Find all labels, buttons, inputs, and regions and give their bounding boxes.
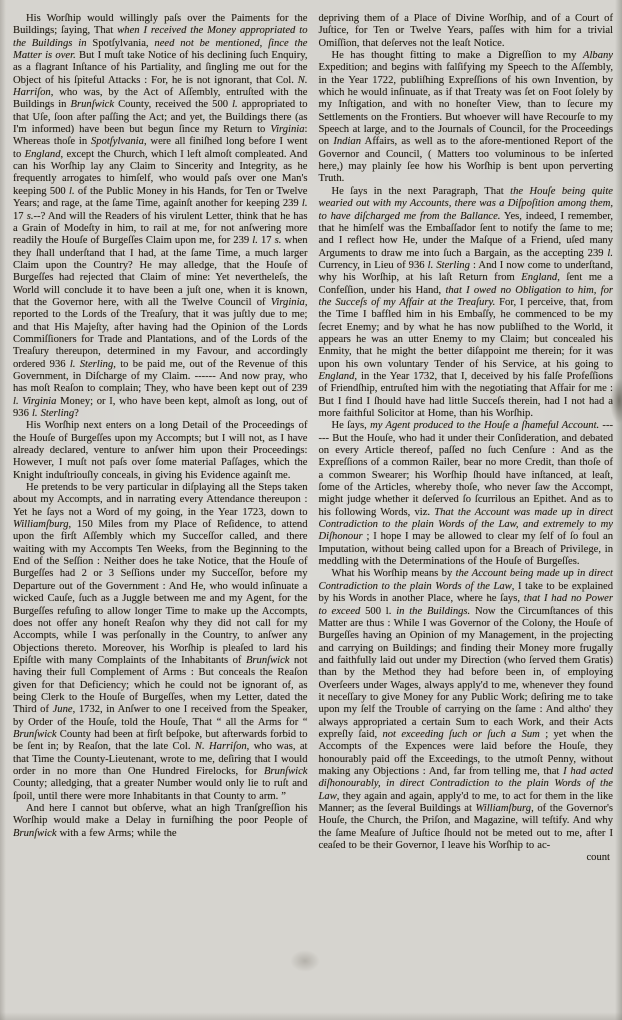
italic-text-segment: l. Virginia [13,396,56,407]
text-columns: His Worſhip would willingly paſs over th… [0,0,622,865]
text-segment: Expedition; and begins with falſifying m… [319,62,614,147]
paragraph: His Worſhip next enters on a long Detail… [13,420,308,482]
italic-text-segment: Williamſburg [13,519,69,530]
text-segment: He ſays, [332,420,371,431]
text-segment: 17 [13,211,27,222]
text-segment: ? [74,408,79,419]
italic-text-segment: l. Sterling [70,359,113,370]
italic-text-segment: England [25,149,61,160]
text-segment: He pretends to be very particular in diſ… [13,482,308,518]
italic-text-segment: Brunſwick [246,655,290,666]
italic-text-segment: l. [302,198,308,209]
paragraph: He ſays, my Agent produced to the Houſe … [319,420,614,568]
text-segment: 500 l. [360,606,396,617]
italic-text-segment: in the Buildings. [396,606,470,617]
text-segment: depriving them of a Place of Divine Worſ… [319,13,614,49]
text-segment: , in the Year 1732, that I, deceived by … [319,371,614,419]
italic-text-segment: England [521,272,557,283]
paragraph: His Worſhip would willingly paſs over th… [13,13,308,420]
italic-text-segment: Brunſwick [13,729,57,740]
left-column: His Worſhip would willingly paſs over th… [13,13,308,865]
italic-text-segment: Virginia [270,124,304,135]
text-segment: Spotſylvania [92,38,146,49]
text-segment: County; alledging, that a greater Number… [13,778,308,801]
italic-text-segment: England [319,371,355,382]
italic-text-segment: Virginia [271,297,305,308]
italic-text-segment: Brunſwick [264,766,308,777]
italic-text-segment: Albany [583,50,613,61]
text-segment: Currency, in Lieu of 936 [319,260,428,271]
catchword: count [319,852,614,864]
text-segment: He has thought fitting to make a Digreſſ… [332,50,583,61]
italic-text-segment: my Agent produced to the Houſe a ſhamefu… [370,420,599,431]
pamphlet-page: His Worſhip would willingly paſs over th… [0,0,622,1020]
text-segment: What his Worſhip means by [332,568,456,579]
text-segment: And here I cannot but obſerve, what an h… [13,803,308,826]
paragraph: depriving them of a Place of Divine Worſ… [319,13,614,50]
italic-text-segment: N. Harriſon [195,741,247,752]
text-segment: Affairs, as well as to the afore-mention… [319,136,614,184]
text-segment: ------ But the Houſe, who had it under t… [319,420,614,517]
right-column-text: depriving them of a Place of Divine Worſ… [319,13,614,852]
paragraph: He ſays in the next Paragraph, That the … [319,186,614,421]
text-segment: County, received the 500 [114,99,232,110]
italic-text-segment: l. [607,248,613,259]
text-segment: , 150 Miles from my Place of Reſidence, … [13,519,308,666]
italic-text-segment: l. Sterling [428,260,470,271]
italic-text-segment: Spotſylvania [91,136,144,147]
text-segment: with a few Arms; while the [57,828,177,839]
italic-text-segment: Brunſwick [13,828,57,839]
italic-text-segment: June [53,704,73,715]
text-segment: Now the Circumſtances of this Matter are… [319,606,614,740]
text-segment: His Worſhip next enters on a long Detail… [13,420,308,480]
text-segment: 17 [258,235,275,246]
italic-text-segment: Brunſwick [71,99,115,110]
text-segment: ; I hope I may be allowed to clear my ſe… [319,531,614,567]
text-segment: He ſays in the next Paragraph, That [332,186,511,197]
italic-text-segment: Indian [333,136,361,147]
paper-smudge [290,950,320,972]
italic-text-segment: s. [27,211,34,222]
paragraph: He pretends to be very particular in diſ… [13,482,308,803]
paragraph: And here I cannot but obſerve, what an h… [13,803,308,840]
italic-text-segment: l. Sterling [32,408,74,419]
paragraph: He has thought fitting to make a Digreſſ… [319,50,614,186]
italic-text-segment: Williamſburg [476,803,532,814]
right-column: depriving them of a Place of Divine Worſ… [319,13,614,865]
italic-text-segment: not exceeding ſuch or ſuch a Sum [382,729,539,740]
paragraph: What his Worſhip means by the Account be… [319,568,614,852]
